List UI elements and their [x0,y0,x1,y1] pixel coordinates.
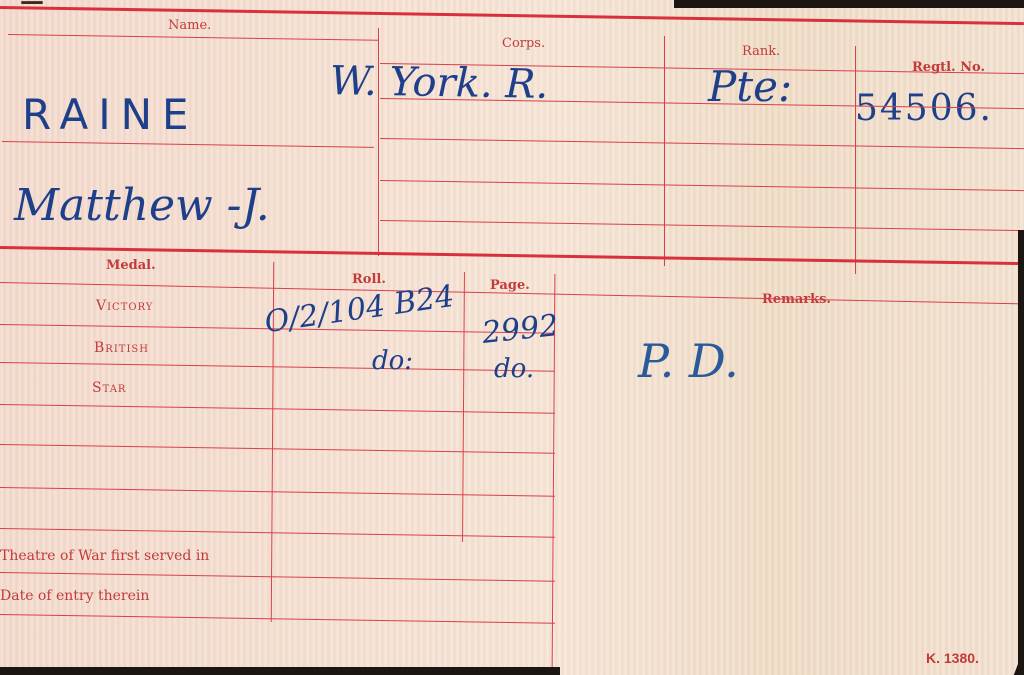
medal-rule [0,362,555,372]
british-roll-value: do: [372,346,413,376]
medal-victory-label: Victory [96,298,153,314]
rank-header: Rank. [742,44,780,59]
corps-header: Corps. [502,36,545,51]
form-code: K. 1380. [926,650,979,666]
surname-value: RAINE [22,90,199,139]
scan-border-top [674,0,1024,8]
corner-mark: — [20,0,44,15]
roll-header: Roll. [352,272,386,287]
page-header: Page. [490,278,530,293]
divider-corps-rank [664,36,665,266]
british-page-value: do. [494,354,534,384]
victory-page-value: 2992 [480,308,560,351]
medal-rule [0,444,555,454]
divider-rank-regtl [855,46,856,274]
theatre-label: Theatre of War first served in [0,548,209,564]
top-rule [0,6,1024,25]
medal-rule [0,404,555,414]
divider-roll-page [462,272,465,542]
regtl-no-value: 54506. [855,88,993,129]
medal-rule [0,528,555,538]
medal-rule [0,614,555,624]
name-rule-2 [2,141,374,148]
grid-rule [380,138,1024,149]
grid-rule [380,220,1024,231]
medal-header: Medal. [106,258,156,273]
name-rule-1 [8,34,378,41]
scan-border-right [1018,230,1024,675]
medal-index-card: Name. RAINE Matthew -J. Corps. W. York. … [0,0,1024,675]
scan-border-bottom [0,667,560,675]
medal-star-label: Star [92,380,126,396]
medal-rule [0,487,555,497]
medal-rule [0,572,555,582]
name-header: Name. [168,18,211,33]
grid-rule [380,180,1024,191]
medal-british-label: British [94,340,149,356]
date-entry-label: Date of entry therein [0,588,149,604]
forenames-value: Matthew -J. [14,180,270,231]
remarks-value: P. D. [638,334,739,388]
